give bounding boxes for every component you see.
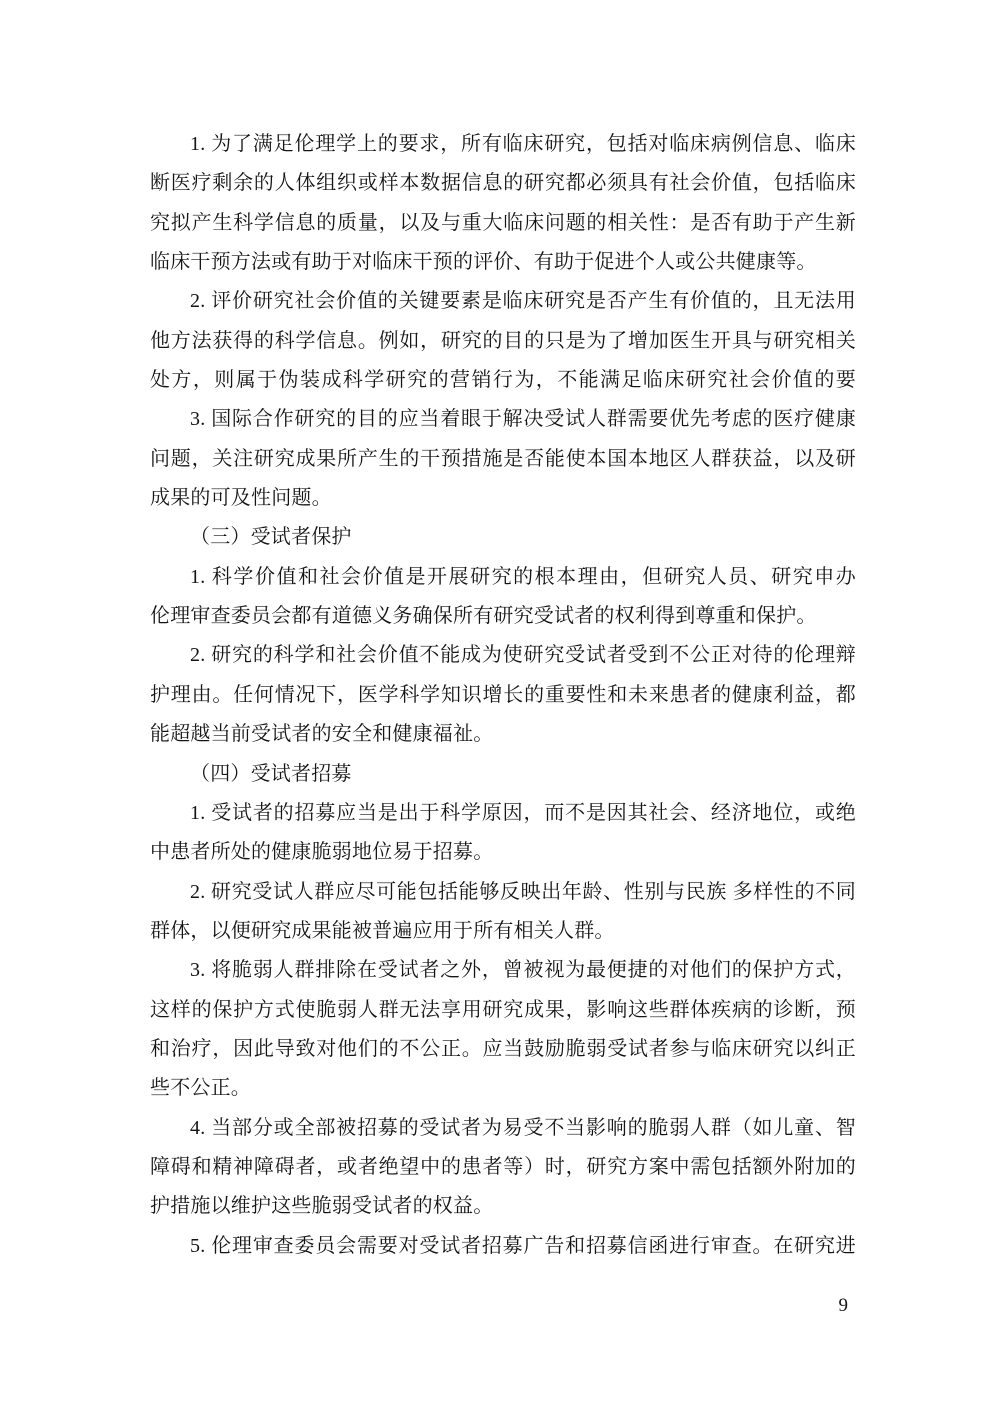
document-body: 1. 为了满足伦理学上的要求，所有临床研究，包括对临床病例信息、临床诊断医疗剩余… xyxy=(150,125,856,1266)
text-line: 些不公正。 xyxy=(150,1069,856,1108)
paragraph: 2. 评价研究社会价值的关键要素是临床研究是否产生有价值的，且无法用其他方法获得… xyxy=(150,282,856,400)
text-line: 伦理审查委员会都有道德义务确保所有研究受试者的权利得到尊重和保护。 xyxy=(150,597,856,636)
text-line: 究拟产生科学信息的质量，以及与重大临床问题的相关性：是否有助于产生新的 xyxy=(150,204,856,243)
text-line: 临床干预方法或有助于对临床干预的评价、有助于促进个人或公共健康等。 xyxy=(150,243,856,282)
document-page: 1. 为了满足伦理学上的要求，所有临床研究，包括对临床病例信息、临床诊断医疗剩余… xyxy=(0,0,1000,1413)
text-line: 2. 评价研究社会价值的关键要素是临床研究是否产生有价值的，且无法用其 xyxy=(150,282,856,321)
text-line: （三）受试者保护 xyxy=(150,518,856,557)
text-line: 1. 受试者的招募应当是出于科学原因，而不是因其社会、经济地位，或绝望 xyxy=(150,794,856,833)
text-line: 2. 研究的科学和社会价值不能成为使研究受试者受到不公正对待的伦理辩 xyxy=(150,636,856,675)
text-line: 3. 国际合作研究的目的应当着眼于解决受试人群需要优先考虑的医疗健康 xyxy=(150,400,856,439)
text-line: 3. 将脆弱人群排除在受试者之外，曾被视为最便捷的对他们的保护方式，但 xyxy=(150,951,856,990)
text-line: 群体，以便研究成果能被普遍应用于所有相关人群。 xyxy=(150,912,856,951)
paragraph: 3. 国际合作研究的目的应当着眼于解决受试人群需要优先考虑的医疗健康问题，关注研… xyxy=(150,400,856,518)
text-line: 成果的可及性问题。 xyxy=(150,479,856,518)
paragraph: 1. 为了满足伦理学上的要求，所有临床研究，包括对临床病例信息、临床诊断医疗剩余… xyxy=(150,125,856,282)
text-line: 护措施以维护这些脆弱受试者的权益。 xyxy=(150,1187,856,1226)
paragraph: 2. 研究受试人群应尽可能包括能够反映出年龄、性别与民族 多样性的不同群体，以便… xyxy=(150,873,856,952)
paragraph: 4. 当部分或全部被招募的受试者为易受不当影响的脆弱人群（如儿童、智力障碍和精神… xyxy=(150,1109,856,1227)
section-heading: （三）受试者保护 xyxy=(150,518,856,557)
text-line: 这样的保护方式使脆弱人群无法享用研究成果，影响这些群体疾病的诊断，预防 xyxy=(150,991,856,1030)
paragraph: 2. 研究的科学和社会价值不能成为使研究受试者受到不公正对待的伦理辩护理由。任何… xyxy=(150,636,856,754)
paragraph: 1. 科学价值和社会价值是开展研究的根本理由，但研究人员、研究申办者、伦理审查委… xyxy=(150,558,856,637)
text-line: 1. 为了满足伦理学上的要求，所有临床研究，包括对临床病例信息、临床诊 xyxy=(150,125,856,164)
text-line: 中患者所处的健康脆弱地位易于招募。 xyxy=(150,833,856,872)
text-line: 1. 科学价值和社会价值是开展研究的根本理由，但研究人员、研究申办者、 xyxy=(150,558,856,597)
page-number: 9 xyxy=(150,1293,848,1319)
text-line: 他方法获得的科学信息。例如，研究的目的只是为了增加医生开具与研究相关的 xyxy=(150,322,856,361)
text-line: 断医疗剩余的人体组织或样本数据信息的研究都必须具有社会价值，包括临床研 xyxy=(150,164,856,203)
paragraph: 3. 将脆弱人群排除在受试者之外，曾被视为最便捷的对他们的保护方式，但这样的保护… xyxy=(150,951,856,1108)
section-heading: （四）受试者招募 xyxy=(150,755,856,794)
text-line: 护理由。任何情况下，医学科学知识增长的重要性和未来患者的健康利益，都不 xyxy=(150,676,856,715)
paragraph: 5. 伦理审查委员会需要对受试者招募广告和招募信函进行审查。在研究进程 xyxy=(150,1227,856,1266)
text-line: （四）受试者招募 xyxy=(150,755,856,794)
text-line: 4. 当部分或全部被招募的受试者为易受不当影响的脆弱人群（如儿童、智力 xyxy=(150,1109,856,1148)
text-line: 障碍和精神障碍者，或者绝望中的患者等）时，研究方案中需包括额外附加的保 xyxy=(150,1148,856,1187)
text-line: 处方，则属于伪装成科学研究的营销行为，不能满足临床研究社会价值的要求。 xyxy=(150,361,856,400)
paragraph: 1. 受试者的招募应当是出于科学原因，而不是因其社会、经济地位，或绝望中患者所处… xyxy=(150,794,856,873)
text-line: 问题，关注研究成果所产生的干预措施是否能使本国本地区人群获益，以及研究 xyxy=(150,440,856,479)
text-line: 和治疗，因此导致对他们的不公正。应当鼓励脆弱受试者参与临床研究以纠正这 xyxy=(150,1030,856,1069)
text-line: 2. 研究受试人群应尽可能包括能够反映出年龄、性别与民族 多样性的不同 xyxy=(150,873,856,912)
text-line: 5. 伦理审查委员会需要对受试者招募广告和招募信函进行审查。在研究进程 xyxy=(150,1227,856,1266)
text-line: 能超越当前受试者的安全和健康福祉。 xyxy=(150,715,856,754)
